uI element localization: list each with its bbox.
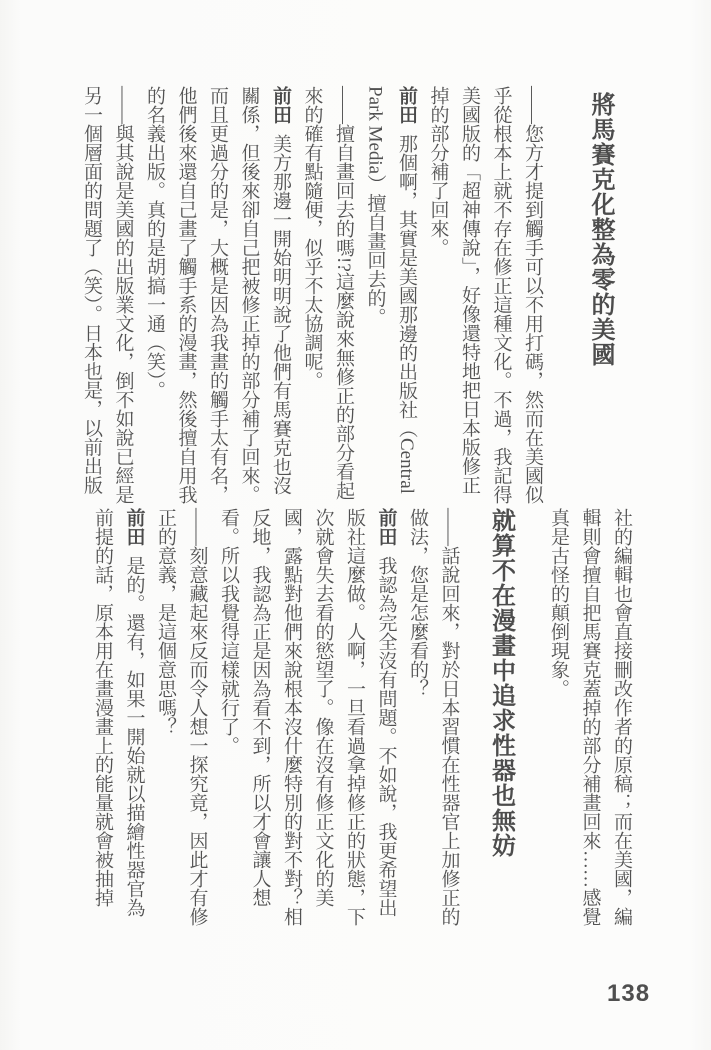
speaker-label: 前田 xyxy=(396,86,417,124)
speaker-label: 前田 xyxy=(270,86,291,124)
speaker-label: 前田 xyxy=(124,508,145,546)
text-column: 真是古怪的顛倒現象。 xyxy=(543,508,575,932)
text-column: 前田我認為完全沒有問題。不如說，我更希望出 xyxy=(370,508,402,932)
text-column: 而且更過分的是，大概是因為我畫的觸手太有名， xyxy=(202,86,234,500)
section-bottom: 社的編輯也會直接刪改作者的原稿；而在美國，編 輯則會擅自把馬賽克蓋掉的部分補畫回… xyxy=(87,508,638,932)
speaker-label: 前田 xyxy=(376,508,397,546)
text-column: 關係，但後來卻自己把被修正掉的部分補了回來。 xyxy=(233,86,265,500)
speech-text: 美方那邊一開始明明說了他們有馬賽克也沒 xyxy=(270,134,291,495)
speech-text: 我認為完全沒有問題。不如說，我更希望出 xyxy=(376,556,397,917)
text-column: 版社這麼做。人啊，一旦看過拿掉修正的狀態，下 xyxy=(339,508,371,932)
speech-text: 是的。還有，如果一開始就以描繪性器官為 xyxy=(124,556,145,917)
section-heading: 將馬賽克化整為零的美國 xyxy=(582,86,618,500)
text-column: 反地，我認為正是因為看不到，所以才會讓人想 xyxy=(244,508,276,932)
speech-text: 那個啊，其實是美國那邊的出版社（Central xyxy=(396,134,417,494)
text-column: 他們後來還自己畫了觸手系的漫畫，然後擅自用我 xyxy=(170,86,202,500)
text-column: ——您方才提到觸手可以不用打碼，然而在美國似 xyxy=(517,86,549,500)
text-column: 掉的部分補了回來。 xyxy=(422,86,454,500)
text-column: 正的意義，是這個意思嗎？ xyxy=(150,508,182,932)
text-column: 美國版的「超神傳說」，好像還特地把日本版修正 xyxy=(454,86,486,500)
text-column: 另一個層面的問題了（笑）。日本也是，以前出版 xyxy=(76,86,108,500)
text-column: 次就會失去看的慾望了。像在沒有修正文化的美 xyxy=(307,508,339,932)
text-column: ——刻意藏起來反而令人想一探究竟，因此才有修 xyxy=(181,508,213,932)
text-column: ——話說回來，對於日本習慣在性器官上加修正的 xyxy=(433,508,465,932)
text-column: 乎從根本上就不存在修正這種文化。不過，我記得 xyxy=(485,86,517,500)
text-column: 前田美方那邊一開始明明說了他們有馬賽克也沒 xyxy=(265,86,297,500)
text-column: 輯則會擅自把馬賽克蓋掉的部分補畫回來……感覺 xyxy=(574,508,606,932)
text-column: 前田那個啊，其實是美國那邊的出版社（Central xyxy=(391,86,423,500)
text-column: ——與其說是美國的出版業文化，倒不如說已經是 xyxy=(107,86,139,500)
section-top: 將馬賽克化整為零的美國 ——您方才提到觸手可以不用打碼，然而在美國似 乎從根本上… xyxy=(76,86,619,500)
text-column: Park Media）擅自畫回去的。 xyxy=(359,86,391,500)
section-heading: 就算不在漫畫中追求性器也無妨 xyxy=(483,508,519,932)
page-number: 138 xyxy=(607,980,650,1008)
text-column: 前田是的。還有，如果一開始就以描繪性器官為 xyxy=(118,508,150,932)
text-column: 的名義出版。真的是胡搞一通（笑）。 xyxy=(139,86,171,500)
text-column: 國，露點對他們來說根本沒什麼特別的對不對？相 xyxy=(276,508,308,932)
text-column: ——擅自畫回去的嗎!?這麼說來無修正的部分看起 xyxy=(328,86,360,500)
text-column: 社的編輯也會直接刪改作者的原稿；而在美國，編 xyxy=(606,508,638,932)
text-column: 看。所以我覺得這樣就行了。 xyxy=(213,508,245,932)
text-column: 來的確有點隨便，似乎不太協調呢。 xyxy=(296,86,328,500)
book-page: 將馬賽克化整為零的美國 ——您方才提到觸手可以不用打碼，然而在美國似 乎從根本上… xyxy=(0,0,711,1050)
text-column: 前提的話，原本用在畫漫畫上的能量就會被抽掉 xyxy=(87,508,119,932)
text-column: 做法，您是怎麼看的？ xyxy=(402,508,434,932)
